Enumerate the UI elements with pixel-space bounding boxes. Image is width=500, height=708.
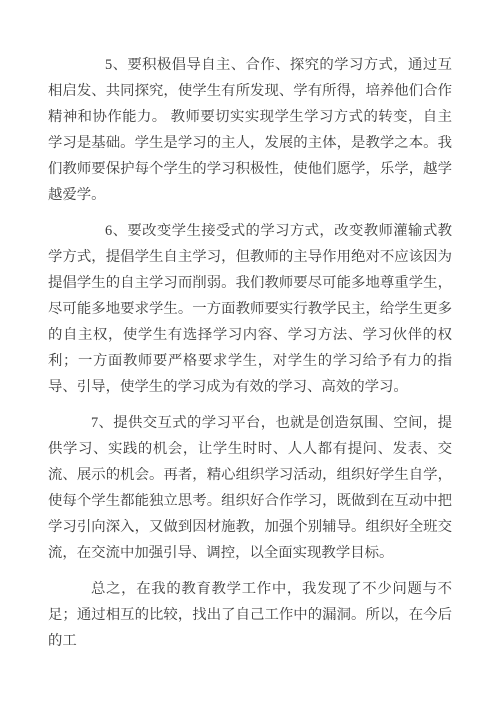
paragraph-conclusion: 总之，在我的教育教学工作中，我发现了不少问题与不足；通过相互的比较，找出了自己工…: [48, 576, 452, 654]
paragraph-point-7: 7、提供交互式的学习平台，也就是创造氛围、空间，提供学习、实践的机会，让学生时时…: [48, 410, 452, 566]
paragraph-point-5: 5、要积极倡导自主、合作、探究的学习方式，通过互相启发、共同探究，使学生有所发现…: [48, 52, 452, 208]
document-page: 5、要积极倡导自主、合作、探究的学习方式，通过互相启发、共同探究，使学生有所发现…: [0, 0, 500, 708]
paragraph-point-6: 6、要改变学生接受式的学习方式，改变教师灌输式教学方式，提倡学生自主学习，但教师…: [48, 218, 452, 400]
document-body: 5、要积极倡导自主、合作、探究的学习方式，通过互相启发、共同探究，使学生有所发现…: [48, 52, 452, 654]
